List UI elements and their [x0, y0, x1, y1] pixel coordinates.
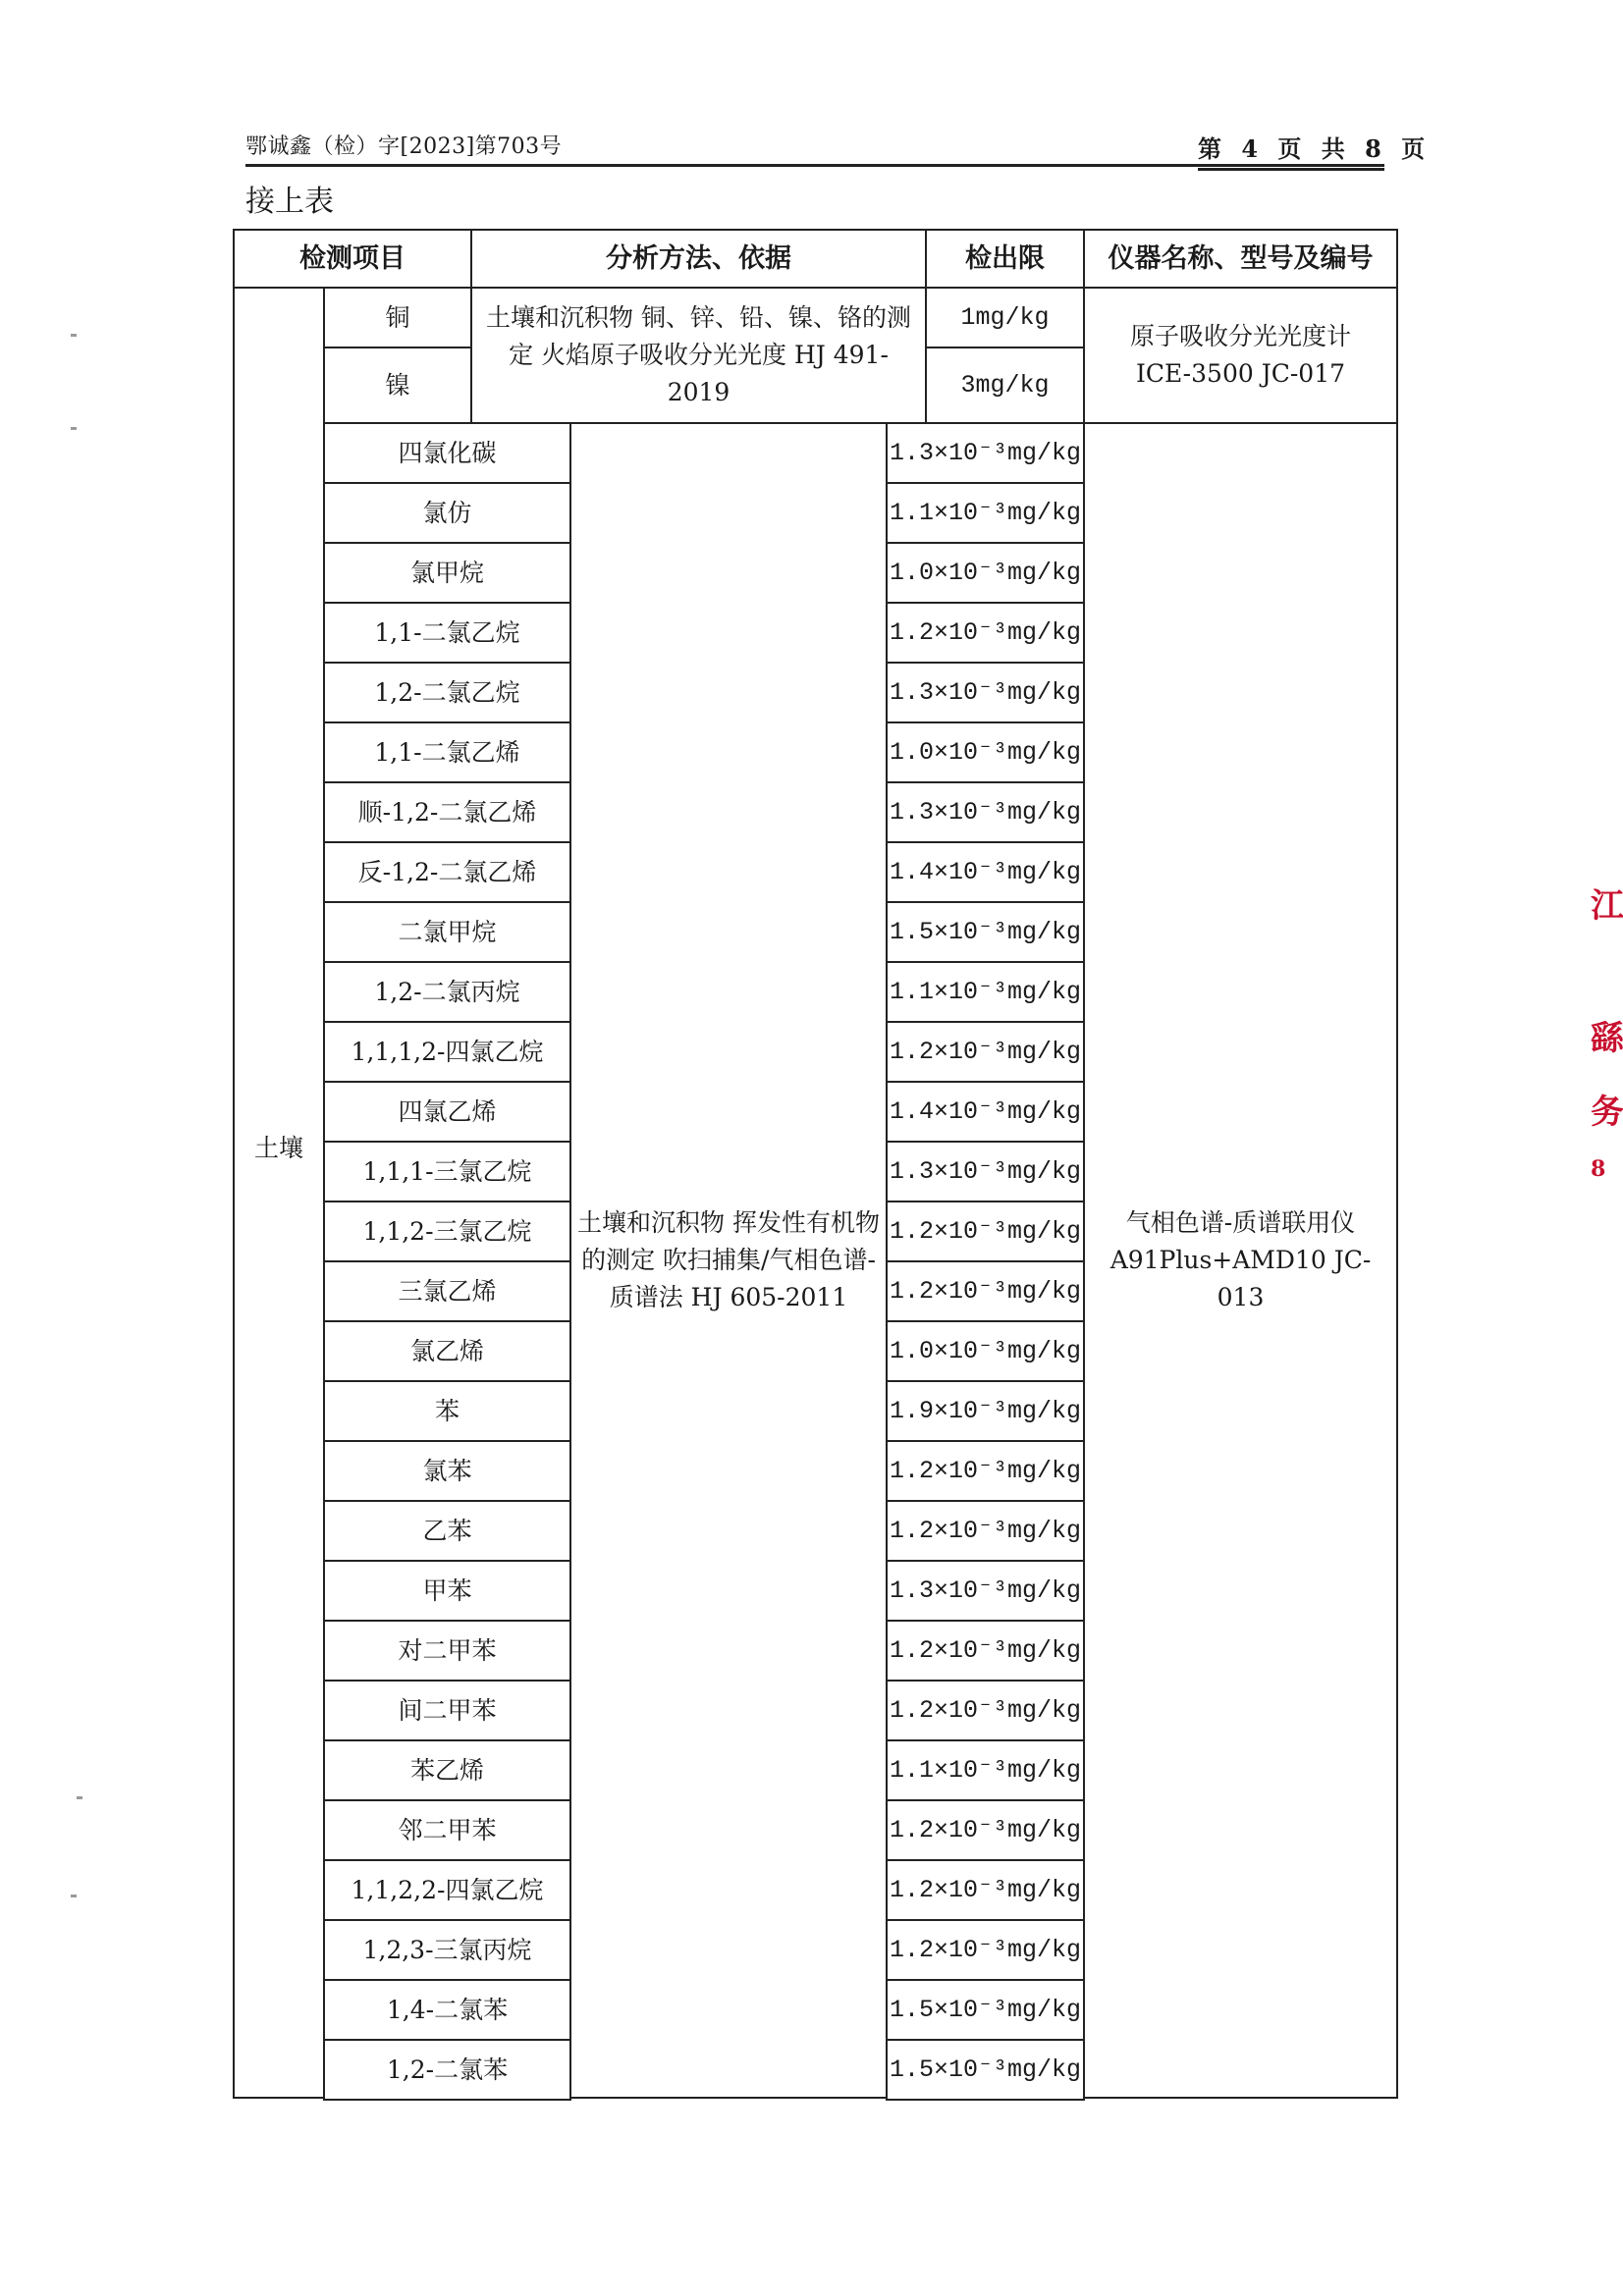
limit-cell: 1.3×10⁻³mg/kg — [886, 662, 1085, 723]
limit-cell: 1.1×10⁻³mg/kg — [886, 1739, 1085, 1801]
item-cell: 邻二甲苯 — [323, 1799, 571, 1861]
seal-glyph: 江 — [1591, 879, 1623, 927]
limit-cell: 1.2×10⁻³mg/kg — [886, 1440, 1085, 1502]
category-label: 土壤 — [254, 1130, 303, 1167]
item-cell: 苯 — [323, 1380, 571, 1442]
limit-cell: 1.2×10⁻³mg/kg — [886, 1021, 1085, 1083]
limit-cell: 1.9×10⁻³mg/kg — [886, 1380, 1085, 1442]
item-cell: 间二甲苯 — [323, 1680, 571, 1741]
limit-cell: 1.2×10⁻³mg/kg — [886, 1680, 1085, 1741]
category-cell: 土壤 — [233, 287, 325, 2099]
limit-cell: 1.2×10⁻³mg/kg — [886, 1500, 1085, 1562]
limit-cell: 1.1×10⁻³mg/kg — [886, 961, 1085, 1023]
limit-cell: 1.5×10⁻³mg/kg — [886, 2039, 1085, 2101]
seal-glyph: 8 — [1591, 1156, 1605, 1182]
item-cell: 对二甲苯 — [323, 1620, 571, 1682]
item-cell: 三氯乙烯 — [323, 1260, 571, 1322]
item-cell: 1,2-二氯丙烷 — [323, 961, 571, 1023]
limit-cell: 1.2×10⁻³mg/kg — [886, 1620, 1085, 1682]
header-rule — [245, 164, 1384, 167]
instrument-text: 原子吸收分光光度计 ICE-3500 JC-017 — [1099, 318, 1382, 393]
item-cell: 铜 — [323, 287, 472, 348]
limit-cell: 1.0×10⁻³mg/kg — [886, 542, 1085, 604]
item-cell: 反-1,2-二氯乙烯 — [323, 841, 571, 903]
limit-cell: 1.1×10⁻³mg/kg — [886, 482, 1085, 544]
continuation-label: 接上表 — [245, 177, 334, 220]
header-rule-thick — [1198, 168, 1384, 171]
scan-speck — [71, 427, 77, 430]
limit-cell: 1.4×10⁻³mg/kg — [886, 1081, 1085, 1143]
method-text: 土壤和沉积物 铜、锌、铅、镍、铬的测定 火焰原子吸收分光光度 HJ 491-20… — [478, 299, 919, 411]
limit-cell: 1.2×10⁻³mg/kg — [886, 1201, 1085, 1262]
item-cell: 苯乙烯 — [323, 1739, 571, 1801]
col-header-item: 检测项目 — [233, 229, 472, 289]
seal-glyph: 务 — [1591, 1085, 1623, 1133]
limit-cell: 1.2×10⁻³mg/kg — [886, 1859, 1085, 1921]
instrument-cell-metals: 原子吸收分光光度计 ICE-3500 JC-017 — [1083, 287, 1398, 424]
item-cell: 1,1-二氯乙烷 — [323, 602, 571, 664]
seal-glyph: 繇 — [1591, 1011, 1623, 1059]
col-header-limit: 检出限 — [925, 229, 1085, 289]
item-cell: 1,1-二氯乙烯 — [323, 721, 571, 783]
item-cell: 顺-1,2-二氯乙烯 — [323, 781, 571, 843]
scan-speck — [71, 334, 77, 337]
item-cell: 1,1,2-三氯乙烷 — [323, 1201, 571, 1262]
item-cell: 1,4-二氯苯 — [323, 1979, 571, 2041]
col-header-instrument: 仪器名称、型号及编号 — [1083, 229, 1398, 289]
limit-cell: 1.3×10⁻³mg/kg — [886, 1560, 1085, 1622]
limit-cell: 1.4×10⁻³mg/kg — [886, 841, 1085, 903]
limit-cell: 1.2×10⁻³mg/kg — [886, 602, 1085, 664]
instrument-cell-voc: 气相色谱-质谱联用仪 A91Plus+AMD10 JC-013 — [1083, 422, 1398, 2099]
limit-cell: 1.5×10⁻³mg/kg — [886, 901, 1085, 963]
instrument-text: 气相色谱-质谱联用仪 A91Plus+AMD10 JC-013 — [1095, 1204, 1386, 1316]
item-cell: 1,2-二氯苯 — [323, 2039, 571, 2101]
method-cell-voc: 土壤和沉积物 挥发性有机物的测定 吹扫捕集/气相色谱-质谱法 HJ 605-20… — [569, 422, 888, 2099]
report-number: 鄂诚鑫（检）字[2023]第703号 — [245, 130, 562, 160]
limit-cell: 1.3×10⁻³mg/kg — [886, 781, 1085, 843]
item-cell: 1,2-二氯乙烷 — [323, 662, 571, 723]
item-cell: 乙苯 — [323, 1500, 571, 1562]
item-cell: 镍 — [323, 347, 472, 424]
item-cell: 四氯乙烯 — [323, 1081, 571, 1143]
method-cell-metals: 土壤和沉积物 铜、锌、铅、镍、铬的测定 火焰原子吸收分光光度 HJ 491-20… — [470, 287, 927, 424]
item-cell: 1,1,2,2-四氯乙烷 — [323, 1859, 571, 1921]
limit-cell: 1.0×10⁻³mg/kg — [886, 721, 1085, 783]
item-cell: 氯乙烯 — [323, 1320, 571, 1382]
limit-cell: 1.2×10⁻³mg/kg — [886, 1260, 1085, 1322]
scan-speck — [77, 1796, 82, 1799]
page-indicator: 第 4 页 共 8 页 — [1198, 130, 1431, 164]
limit-cell: 1.2×10⁻³mg/kg — [886, 1799, 1085, 1861]
item-cell: 二氯甲烷 — [323, 901, 571, 963]
method-text: 土壤和沉积物 挥发性有机物的测定 吹扫捕集/气相色谱-质谱法 HJ 605-20… — [577, 1204, 880, 1316]
item-cell: 氯甲烷 — [323, 542, 571, 604]
limit-cell: 1mg/kg — [925, 287, 1085, 348]
limit-cell: 1.3×10⁻³mg/kg — [886, 1141, 1085, 1202]
limit-cell: 1.5×10⁻³mg/kg — [886, 1979, 1085, 2041]
col-header-method: 分析方法、依据 — [470, 229, 927, 289]
item-cell: 甲苯 — [323, 1560, 571, 1622]
limit-cell: 3mg/kg — [925, 347, 1085, 424]
item-cell: 1,1,1,2-四氯乙烷 — [323, 1021, 571, 1083]
item-cell: 1,1,1-三氯乙烷 — [323, 1141, 571, 1202]
limit-cell: 1.3×10⁻³mg/kg — [886, 422, 1085, 484]
item-cell: 1,2,3-三氯丙烷 — [323, 1919, 571, 1981]
scan-speck — [71, 1895, 77, 1897]
item-cell: 氯苯 — [323, 1440, 571, 1502]
limit-cell: 1.2×10⁻³mg/kg — [886, 1919, 1085, 1981]
item-cell: 氯仿 — [323, 482, 571, 544]
item-cell: 四氯化碳 — [323, 422, 571, 484]
limit-cell: 1.0×10⁻³mg/kg — [886, 1320, 1085, 1382]
